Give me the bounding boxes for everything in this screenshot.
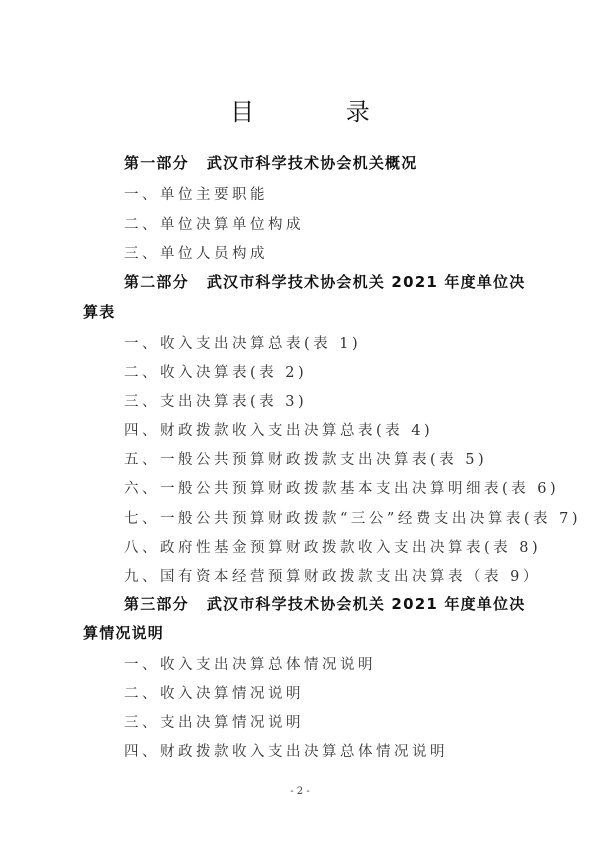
page-number: - 2 - — [0, 786, 600, 797]
toc-item[interactable]: 一、单位主要职能 — [124, 183, 268, 204]
toc-item[interactable]: 四、财政拨款收入支出决算总表(表 4) — [124, 419, 433, 440]
toc-item[interactable]: 七、一般公共预算财政拨款“三公”经费支出决算表(表 7) — [124, 507, 581, 528]
toc-item[interactable]: 三、支出决算表(表 3) — [124, 390, 307, 411]
toc-item[interactable]: 二、收入决算情况说明 — [124, 682, 304, 703]
toc-item[interactable]: 三、单位人员构成 — [124, 242, 268, 263]
part-label: 第一部分 — [124, 154, 189, 172]
toc-item[interactable]: 二、单位决算单位构成 — [124, 213, 304, 234]
toc-part3-heading-cont[interactable]: 算情况说明 — [83, 622, 164, 643]
toc-item[interactable]: 五、一般公共预算财政拨款支出决算表(表 5) — [124, 448, 487, 469]
toc-item[interactable]: 八、政府性基金预算财政拨款收入支出决算表(表 8) — [124, 536, 541, 557]
part-label: 第三部分 — [124, 595, 189, 613]
toc-part2-heading-cont[interactable]: 算表 — [83, 301, 115, 322]
toc-title: 目 录 — [0, 92, 600, 127]
toc-item[interactable]: 四、财政拨款收入支出决算总体情况说明 — [124, 740, 448, 761]
toc-part2-heading[interactable]: 第二部分武汉市科学技术协会机关 2021 年度单位决 — [124, 271, 525, 292]
toc-item[interactable]: 一、收入支出决算总体情况说明 — [124, 653, 376, 674]
toc-part1-heading[interactable]: 第一部分武汉市科学技术协会机关概况 — [124, 152, 417, 173]
toc-item[interactable]: 九、国有资本经营预算财政拨款支出决算表（表 9） — [124, 565, 541, 586]
part-title: 武汉市科学技术协会机关概况 — [207, 154, 418, 172]
part-title: 武汉市科学技术协会机关 2021 年度单位决 — [207, 273, 526, 291]
toc-part3-heading[interactable]: 第三部分武汉市科学技术协会机关 2021 年度单位决 — [124, 593, 525, 614]
toc-item[interactable]: 一、收入支出决算总表(表 1) — [124, 332, 361, 353]
part-title: 武汉市科学技术协会机关 2021 年度单位决 — [207, 595, 526, 613]
part-label: 第二部分 — [124, 273, 189, 291]
toc-item[interactable]: 三、支出决算情况说明 — [124, 711, 304, 732]
toc-item[interactable]: 六、一般公共预算财政拨款基本支出决算明细表(表 6) — [124, 477, 559, 498]
toc-item[interactable]: 二、收入决算表(表 2) — [124, 361, 307, 382]
